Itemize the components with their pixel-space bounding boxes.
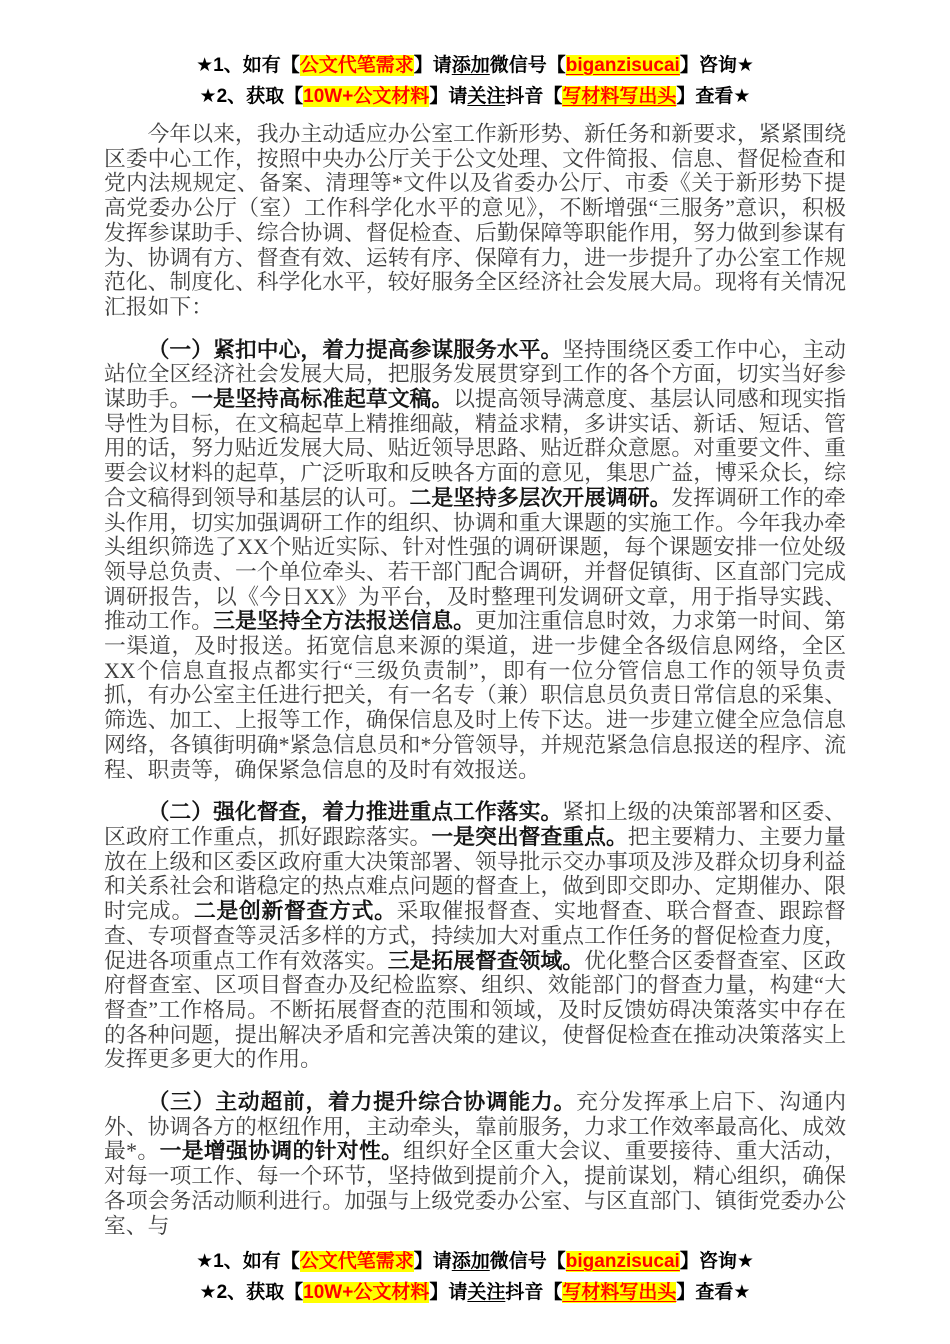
promo-header: ★1、如有【公文代笔需求】请添加微信号【biganzisucai】咨询★★2、获… [104,50,846,112]
promo-highlight-link: biganzisucai [566,1251,680,1272]
intro-paragraph: 今年以来，我办主动适应办公室工作新形势、新任务和新要求，紧紧围绕区委中心工作，按… [104,122,846,320]
promo-text: 】查看★ [676,1282,750,1303]
promo-underline-text: 添加 [452,1251,490,1272]
promo-text: 】请 [414,1251,452,1272]
promo-text: ★1、如有【 [196,55,300,76]
promo-text: 抖音【 [505,1282,562,1303]
promo-text: ★1、如有【 [196,1251,300,1272]
promo-line: ★1、如有【公文代笔需求】请添加微信号【biganzisucai】咨询★ [104,1246,846,1277]
document-page: ★1、如有【公文代笔需求】请添加微信号【biganzisucai】咨询★★2、获… [0,0,950,1344]
promo-text: 】咨询★ [680,55,754,76]
promo-text: 】请 [429,86,467,107]
promo-text: 】请 [414,55,452,76]
promo-highlight-link: biganzisucai [566,55,680,76]
bold-run: 二是创新督查方式。 [194,899,397,923]
promo-underline-text: 关注 [467,86,505,107]
document-body: 今年以来，我办主动适应办公室工作新形势、新任务和新要求，紧紧围绕区委中心工作，按… [104,122,846,1238]
promo-text: 】咨询★ [680,1251,754,1272]
promo-text: 微信号【 [490,1251,566,1272]
promo-underline-text: 关注 [467,1282,505,1303]
promo-text: 】查看★ [676,86,750,107]
promo-highlight-link: 写材料写出头 [562,1282,676,1303]
promo-highlight: 公文代笔需求 [300,55,414,76]
promo-text: 抖音【 [505,86,562,107]
promo-highlight-link: 写材料写出头 [562,86,676,107]
bold-run: （一）紧扣中心，着力提高参谋服务水平。 [148,338,563,362]
bold-run: 三是坚持全方法报送信息。 [213,609,475,633]
promo-line: ★2、获取【10W+公文材料】请关注抖音【写材料写出头】查看★ [104,81,846,112]
promo-underline-text: 添加 [452,55,490,76]
promo-footer: ★1、如有【公文代笔需求】请添加微信号【biganzisucai】咨询★★2、获… [104,1246,846,1308]
bold-run: （三）主动超前，着力提升综合协调能力。 [148,1090,577,1114]
bold-run: （二）强化督查，着力推进重点工作落实。 [148,800,563,824]
promo-text: 】请 [429,1282,467,1303]
section-1-paragraph: （一）紧扣中心，着力提高参谋服务水平。坚持围绕区委工作中心，主动站位全区经济社会… [104,338,846,783]
promo-highlight: 10W+公文材料 [303,86,429,107]
bold-run: 一是增强协调的针对性。 [160,1139,404,1163]
text-run: 更加注重信息时效，力求第一时间、第一渠道，及时报送。拓宽信息来源的渠道，进一步健… [104,609,846,781]
bold-run: 二是坚持多层次开展调研。 [410,486,672,510]
promo-line: ★1、如有【公文代笔需求】请添加微信号【biganzisucai】咨询★ [104,50,846,81]
promo-text: ★2、获取【 [200,1282,304,1303]
bold-run: 三是拓展督查领域。 [388,949,584,973]
promo-highlight: 10W+公文材料 [303,1282,429,1303]
promo-text: 微信号【 [490,55,566,76]
promo-text: ★2、获取【 [200,86,304,107]
bold-run: 一是突出督查重点。 [431,825,627,849]
promo-line: ★2、获取【10W+公文材料】请关注抖音【写材料写出头】查看★ [104,1277,846,1308]
section-3-paragraph: （三）主动超前，着力提升综合协调能力。充分发挥承上启下、沟通内外、协调各方的枢纽… [104,1090,846,1238]
text-run: 今年以来，我办主动适应办公室工作新形势、新任务和新要求，紧紧围绕区委中心工作，按… [104,122,846,319]
bold-run: 一是坚持高标准起草文稿。 [191,387,453,411]
promo-highlight: 公文代笔需求 [300,1251,414,1272]
section-2-paragraph: （二）强化督查，着力推进重点工作落实。紧扣上级的决策部署和区委、区政府工作重点，… [104,800,846,1072]
